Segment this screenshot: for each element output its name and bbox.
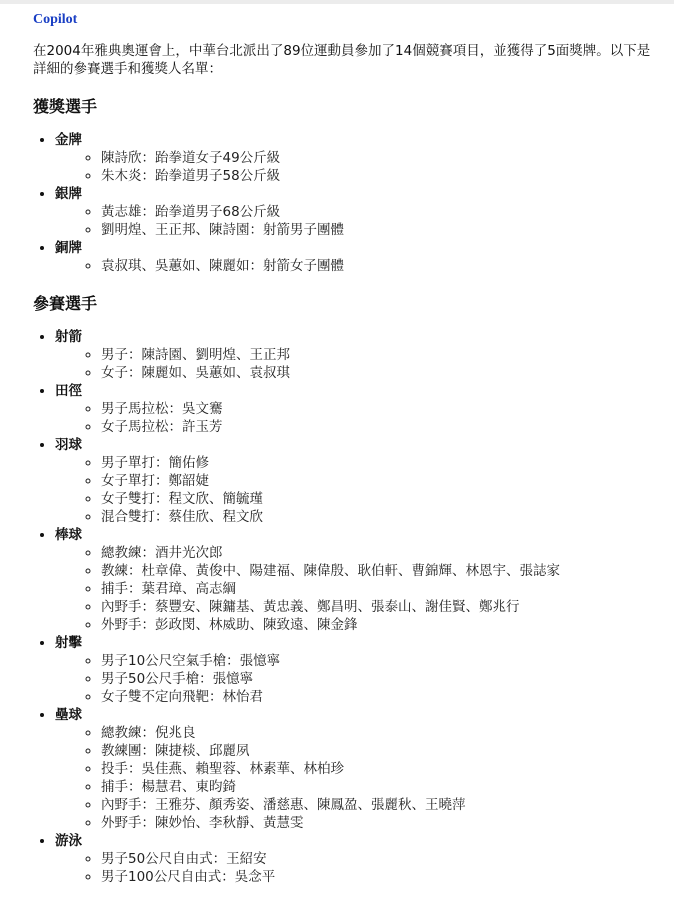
shooting-items: 男子10公尺空氣手槍：張憶寧 男子50公尺手槍：張憶寧 女子雙不定向飛靶：林怡君: [55, 652, 654, 706]
list-item: 混合雙打：蔡佳欣、程文欣: [101, 508, 654, 526]
category-label: 射箭: [55, 329, 82, 345]
category-label: 銅牌: [55, 240, 82, 256]
category-label: 田徑: [55, 383, 82, 399]
list-item: 朱木炎：跆拳道男子58公斤級: [101, 167, 654, 185]
list-item: 女子雙不定向飛靶：林怡君: [101, 688, 654, 706]
list-item: 陳詩欣：跆拳道女子49公斤級: [101, 149, 654, 167]
list-item: 黃志雄：跆拳道男子68公斤級: [101, 203, 654, 221]
list-item: 女子雙打：程文欣、簡毓瑾: [101, 490, 654, 508]
medal-category-bronze: 銅牌 袁叔琪、吳蕙如、陳麗如：射箭女子團體: [55, 239, 654, 275]
medal-category-gold: 金牌 陳詩欣：跆拳道女子49公斤級 朱木炎：跆拳道男子58公斤級: [55, 131, 654, 185]
list-item: 內野手：蔡豐安、陳鏞基、黃忠義、鄭昌明、張泰山、謝佳賢、鄭兆行: [101, 598, 654, 616]
list-item: 女子：陳麗如、吳蕙如、袁叔琪: [101, 364, 654, 382]
intro-paragraph: 在2004年雅典奧運會上，中華台北派出了89位運動員參加了14個競賽項目，並獲得…: [33, 42, 654, 78]
sport-category-swimming: 游泳 男子50公尺自由式：王紹安 男子100公尺自由式：吳念平: [55, 832, 654, 886]
list-item: 男子50公尺手槍：張憶寧: [101, 670, 654, 688]
medalists-heading: 獲獎選手: [33, 97, 654, 117]
medal-category-silver: 銀牌 黃志雄：跆拳道男子68公斤級 劉明煌、王正邦、陳詩園：射箭男子團體: [55, 185, 654, 239]
list-item: 男子10公尺空氣手槍：張憶寧: [101, 652, 654, 670]
list-item: 外野手：彭政閔、林威助、陳致遠、陳金鋒: [101, 616, 654, 634]
message-container: Copilot 在2004年雅典奧運會上，中華台北派出了89位運動員參加了14個…: [33, 11, 654, 886]
sport-category-shooting: 射擊 男子10公尺空氣手槍：張憶寧 男子50公尺手槍：張憶寧 女子雙不定向飛靶：…: [55, 634, 654, 706]
list-item: 教練：杜章偉、黃俊中、陽建福、陳偉殷、耿伯軒、曹錦輝、林恩宇、張誌家: [101, 562, 654, 580]
sender-name: Copilot: [33, 11, 654, 29]
bronze-items: 袁叔琪、吳蕙如、陳麗如：射箭女子團體: [55, 257, 654, 275]
category-label: 羽球: [55, 437, 82, 453]
list-item: 捕手：葉君璋、高志綱: [101, 580, 654, 598]
top-border: [0, 0, 674, 4]
list-item: 捕手：楊慧君、東昀錡: [101, 778, 654, 796]
medalists-list: 金牌 陳詩欣：跆拳道女子49公斤級 朱木炎：跆拳道男子58公斤級 銀牌 黃志雄：…: [33, 131, 654, 275]
sport-category-badminton: 羽球 男子單打：簡佑修 女子單打：鄭韶婕 女子雙打：程文欣、簡毓瑾 混合雙打：蔡…: [55, 436, 654, 526]
swimming-items: 男子50公尺自由式：王紹安 男子100公尺自由式：吳念平: [55, 850, 654, 886]
gold-items: 陳詩欣：跆拳道女子49公斤級 朱木炎：跆拳道男子58公斤級: [55, 149, 654, 185]
list-item: 外野手：陳妙怡、李秋靜、黃慧雯: [101, 814, 654, 832]
list-item: 男子50公尺自由式：王紹安: [101, 850, 654, 868]
sport-category-athletics: 田徑 男子馬拉松：吳文騫 女子馬拉松：許玉芳: [55, 382, 654, 436]
sport-category-softball: 壘球 總教練：倪兆良 教練團：陳捷棪、邱麗夙 投手：吳佳燕、賴聖蓉、林素華、林柏…: [55, 706, 654, 832]
participants-heading: 參賽選手: [33, 294, 654, 314]
badminton-items: 男子單打：簡佑修 女子單打：鄭韶婕 女子雙打：程文欣、簡毓瑾 混合雙打：蔡佳欣、…: [55, 454, 654, 526]
list-item: 男子單打：簡佑修: [101, 454, 654, 472]
sport-category-archery: 射箭 男子：陳詩園、劉明煌、王正邦 女子：陳麗如、吳蕙如、袁叔琪: [55, 328, 654, 382]
participants-list: 射箭 男子：陳詩園、劉明煌、王正邦 女子：陳麗如、吳蕙如、袁叔琪 田徑 男子馬拉…: [33, 328, 654, 886]
list-item: 教練團：陳捷棪、邱麗夙: [101, 742, 654, 760]
list-item: 男子100公尺自由式：吳念平: [101, 868, 654, 886]
category-label: 金牌: [55, 132, 82, 148]
list-item: 內野手：王雅芬、顏秀姿、潘慈惠、陳鳳盈、張麗秋、王曉萍: [101, 796, 654, 814]
list-item: 劉明煌、王正邦、陳詩園：射箭男子團體: [101, 221, 654, 239]
list-item: 男子馬拉松：吳文騫: [101, 400, 654, 418]
archery-items: 男子：陳詩園、劉明煌、王正邦 女子：陳麗如、吳蕙如、袁叔琪: [55, 346, 654, 382]
list-item: 男子：陳詩園、劉明煌、王正邦: [101, 346, 654, 364]
list-item: 投手：吳佳燕、賴聖蓉、林素華、林柏珍: [101, 760, 654, 778]
category-label: 棒球: [55, 527, 82, 543]
baseball-items: 總教練：酒井光次郎 教練：杜章偉、黃俊中、陽建福、陳偉殷、耿伯軒、曹錦輝、林恩宇…: [55, 544, 654, 634]
softball-items: 總教練：倪兆良 教練團：陳捷棪、邱麗夙 投手：吳佳燕、賴聖蓉、林素華、林柏珍 捕…: [55, 724, 654, 832]
category-label: 游泳: [55, 833, 82, 849]
silver-items: 黃志雄：跆拳道男子68公斤級 劉明煌、王正邦、陳詩園：射箭男子團體: [55, 203, 654, 239]
list-item: 總教練：倪兆良: [101, 724, 654, 742]
sport-category-baseball: 棒球 總教練：酒井光次郎 教練：杜章偉、黃俊中、陽建福、陳偉殷、耿伯軒、曹錦輝、…: [55, 526, 654, 634]
category-label: 壘球: [55, 707, 82, 723]
athletics-items: 男子馬拉松：吳文騫 女子馬拉松：許玉芳: [55, 400, 654, 436]
list-item: 女子馬拉松：許玉芳: [101, 418, 654, 436]
category-label: 銀牌: [55, 186, 82, 202]
list-item: 袁叔琪、吳蕙如、陳麗如：射箭女子團體: [101, 257, 654, 275]
list-item: 總教練：酒井光次郎: [101, 544, 654, 562]
category-label: 射擊: [55, 635, 82, 651]
list-item: 女子單打：鄭韶婕: [101, 472, 654, 490]
